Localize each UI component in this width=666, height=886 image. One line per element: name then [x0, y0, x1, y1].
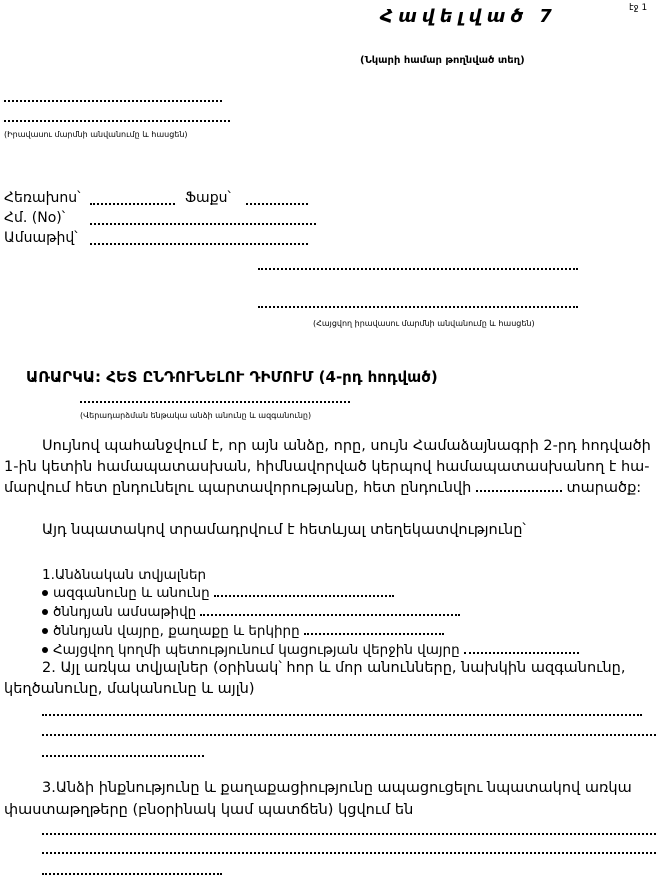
documents-line-1[interactable]	[42, 833, 656, 835]
appendix-title: Հավելված 7	[380, 6, 557, 27]
date-label: Ամսաթիվ՝	[4, 230, 78, 246]
bullet-icon	[42, 647, 48, 653]
photo-placeholder-caption: (Նկարի համար թողնված տեղ)	[360, 55, 525, 66]
territory-field[interactable]	[476, 490, 562, 492]
bullet-icon	[42, 609, 48, 615]
bullet-icon	[42, 628, 48, 634]
sender-name-line[interactable]	[4, 100, 222, 102]
list-item: ծննդյան վայրը, քաղաքը և երկիրը	[42, 622, 444, 640]
sender-caption: (Իրավասու մարմնի անվանումը և հասցեն)	[4, 130, 188, 139]
paragraph1-line3-end: տարածք:	[566, 480, 641, 496]
date-field[interactable]	[90, 243, 308, 245]
recipient-address-line[interactable]	[258, 306, 578, 308]
birth-place-field[interactable]	[304, 633, 444, 635]
paragraph1-line3: մարվում հետ ընդունելու պարտավորությանը, …	[4, 478, 641, 499]
sender-address-line[interactable]	[4, 120, 230, 122]
person-name-line[interactable]	[80, 401, 350, 403]
other-data-line-3[interactable]	[42, 755, 204, 757]
recipient-caption: (Հայցվող իրավասու մարմնի անվանումը և հաս…	[313, 319, 535, 328]
number-field[interactable]	[90, 223, 316, 225]
recipient-name-line[interactable]	[258, 268, 578, 270]
section3-line1: 3.Անձի ինքնությունը և քաղաքացիությունը ա…	[42, 778, 632, 799]
subject-heading: ԱՌԱՐԿԱ: ՀԵՏ ԸՆԴՈՒՆԵԼՈՒ ԴԻՄՈՒՄ (4-րդ հոդվ…	[26, 368, 438, 386]
surname-name-field[interactable]	[214, 595, 394, 597]
fax-field[interactable]	[246, 203, 308, 205]
phone-field[interactable]	[90, 203, 175, 205]
other-data-line-2[interactable]	[42, 734, 656, 736]
paragraph2: Այդ նպատակով տրամադրվում է հետևյալ տեղեկ…	[42, 520, 526, 541]
last-residence-field[interactable]	[464, 652, 579, 654]
documents-line-3[interactable]	[42, 873, 222, 875]
bullet-icon	[42, 590, 48, 596]
page-number: էջ 1	[629, 3, 647, 13]
list-item: ծննդյան ամսաթիվը	[42, 603, 460, 621]
paragraph1-line3-text: մարվում հետ ընդունելու պարտավորությանը, …	[4, 480, 471, 496]
phone-label: Հեռախոս՝	[4, 190, 80, 206]
section2-line1: 2. Այլ առկա տվյալներ (օրինակ՝ հոր և մոր …	[42, 658, 625, 679]
list-item: Հայցվող կողմի պետությունում կացության վե…	[42, 641, 579, 659]
fax-label: Ֆաքս՝	[185, 190, 231, 206]
paragraph1-line1: Սույնով պահանջվում է, որ այն անձը, որը, …	[42, 436, 651, 457]
person-name-caption: (Վերադարձման ենթակա անձի անունը և ազգանո…	[80, 411, 311, 420]
other-data-line-1[interactable]	[42, 714, 642, 716]
section3-line2: փաստաթղթերը (բնօրինակ կամ պատճեն) կցվում…	[4, 800, 413, 821]
section1-heading: 1.Անձնական տվյալներ	[42, 566, 206, 584]
paragraph1-line2: 1-ին կետին համապատասխան, հիմնավորված կեր…	[4, 457, 650, 478]
list-item: ազգանունը և անունը	[42, 584, 394, 602]
birth-date-field[interactable]	[200, 614, 460, 616]
section2-line2: կեղծանունը, մականունը և այլն)	[4, 679, 255, 700]
documents-line-2[interactable]	[42, 852, 656, 854]
number-label: Հմ. (No)՝	[4, 210, 65, 226]
